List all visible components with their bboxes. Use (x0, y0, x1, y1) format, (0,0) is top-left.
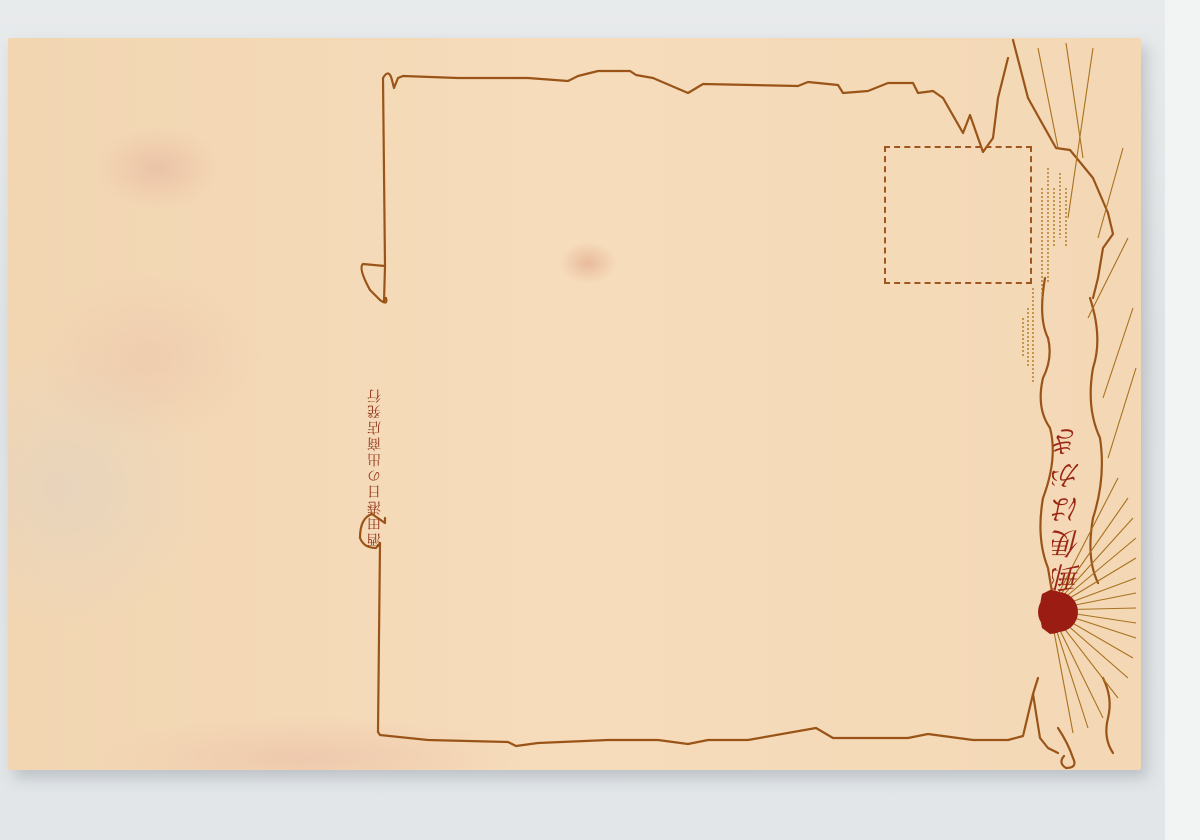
postcard-title: 郵便はがき (1048, 378, 1092, 638)
publisher-text: 酒田港日の出商店発行 (365, 387, 385, 547)
postcard-back: 酒田港日の出商店発行 郵便はがき (8, 38, 1141, 770)
stamp-placement-box (884, 146, 1032, 284)
publisher-imprint: 酒田港日の出商店発行 (360, 342, 390, 592)
title-text: 郵便はがき (1048, 423, 1092, 593)
scanner-edge (1165, 0, 1200, 840)
